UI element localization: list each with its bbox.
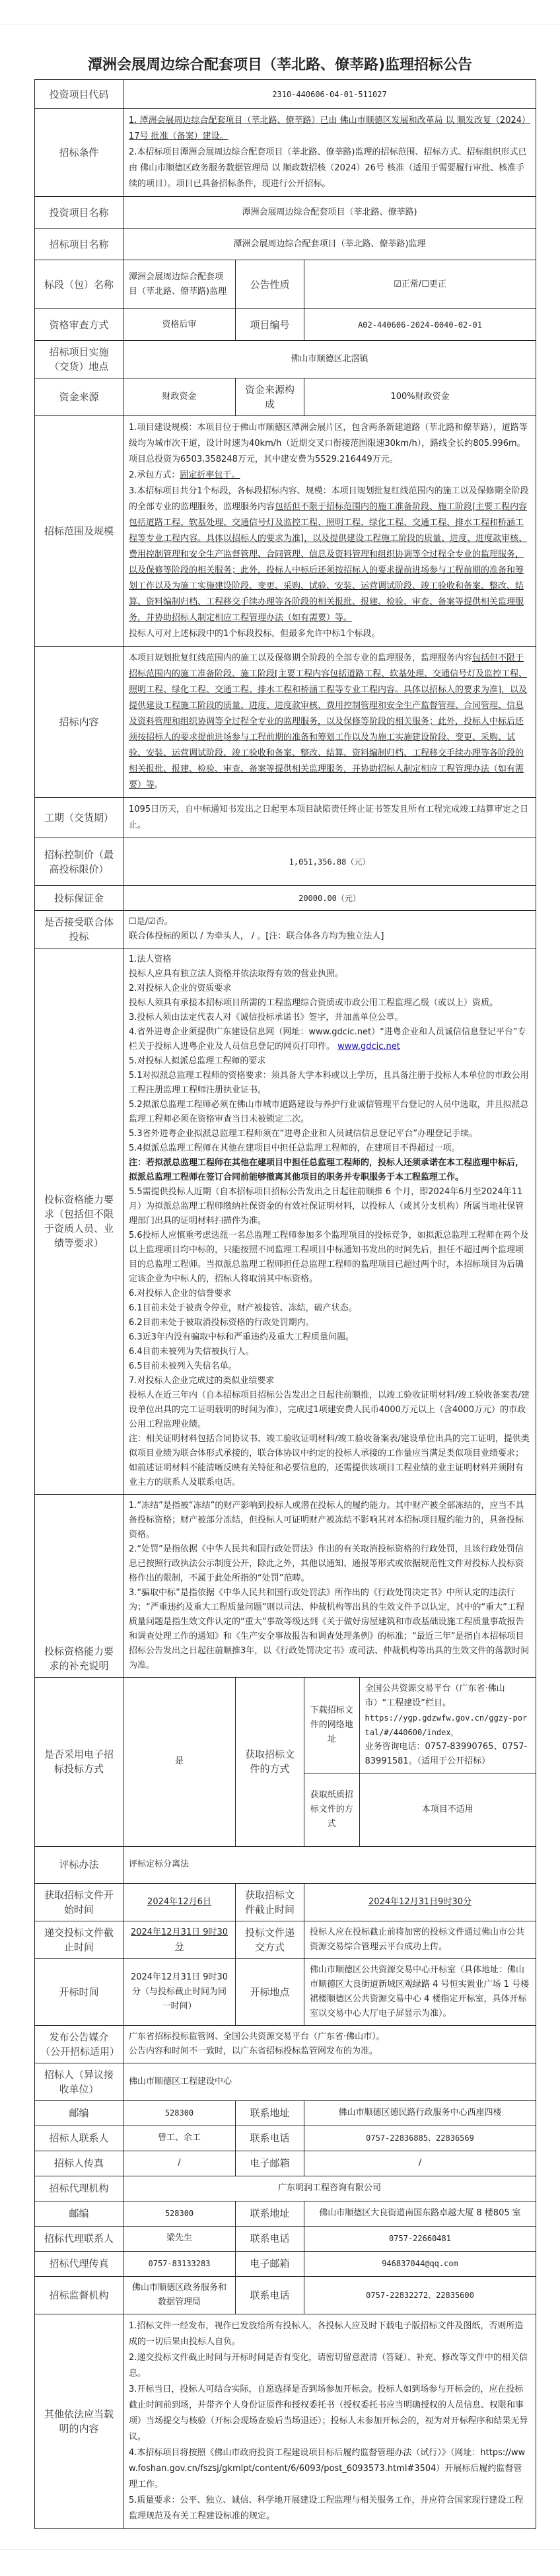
opening-place-value: 佛山市顺德区公共资源交易中心开标室（具体地址：佛山市顺德区大良街道新城区观绿路 …: [304, 1958, 536, 2025]
tenderer-address: 佛山市顺德区德民路行政服务中心西座四楼: [304, 2100, 536, 2126]
scope-p2: 2.承包方式：固定折率包干。: [129, 468, 530, 483]
conditions-p1: 1. 潭洲会展周边综合配套项目（莘北路、僚莘路）已由 佛山市顺德区发展和改革局 …: [129, 113, 530, 145]
scope-p2-value: 固定折率包干。: [180, 470, 240, 480]
label: 是否接受联合体投标: [35, 911, 123, 948]
label: 招标项目名称: [35, 229, 123, 260]
row-supplement: 投标资格能力要求的补充说明 1.“冻结”是指被“冻结”的财产影响到投标人或潜在投…: [35, 1495, 536, 1678]
period-value: 1095日历天，自中标通知书发出之日起至本项目缺陷责任终止证书签发且所有工程完成…: [123, 798, 536, 838]
label: 公告性质: [236, 260, 304, 309]
req-line: 投标人在近三年内（自本招标项目招标公告发出之日起往前顺推，以竣工验收证明材料/竣…: [129, 1388, 530, 1432]
row-agency: 招标代理机构 广东明润工程咨询有限公司: [35, 2176, 536, 2201]
conditions-p2: 2.本招标项目潭洲会展周边综合配套项目（莘北路、僚莘路)监理的招标范围、招标方式…: [129, 145, 530, 192]
section-value: 潭洲会展周边综合配套项目（莘北路、僚莘路)监理: [123, 260, 236, 309]
requirements-value: 1.法人资格 投标人应具有独立法人资格并依法取得有效的营业执照。 2.对投标人企…: [123, 948, 536, 1495]
row-evaluation: 评标办法 评标定标分离法: [35, 1846, 536, 1883]
req-note: 注：若拟派总监理工程师在其他在建项目中担任总监理工程师的，投标人还须承诺在本工程…: [129, 1156, 530, 1185]
doc-start-value: 2024年12月6日: [123, 1883, 236, 1921]
row-content: 招标内容 本项目规划批复红线范围内的施工以及保修期全阶段的全部专业的监理服务，监…: [35, 647, 536, 798]
tenderer-phone: 0757-22836885、22836569: [304, 2126, 536, 2151]
label: 联系地址: [236, 2201, 304, 2226]
row-funds: 资金来源 财政资金 资金来源构成 100%财政资金: [35, 378, 536, 416]
row-consortium: 是否接受联合体投标 ☐是/☑否。 联合体投标的须以 / 为牵头人， / 。[注：…: [35, 911, 536, 948]
supp-line: 2.“处罚”是指依据《中华人民共和国行政处罚法》作出的有关取消投标资格的行政处罚…: [129, 1542, 530, 1586]
doc-end-value: 2024年12月31日9时30分: [304, 1883, 536, 1921]
label: 电子邮箱: [236, 2151, 304, 2176]
invest-code-value: 2310-440606-04-01-511027: [123, 80, 536, 109]
scope-p2-prefix: 2.承包方式：: [129, 470, 180, 480]
agency-email: 946837044@qq.com: [304, 2251, 536, 2276]
row-opening: 开标时间 2024年12月31日 9时30分（与投标截止时间为同一时间） 开标地…: [35, 1958, 536, 2025]
row-tenderer-contact: 招标人联系人 曾工、余工 联系电话 0757-22836885、22836569: [35, 2126, 536, 2151]
agency-contact: 梁先生: [123, 2226, 236, 2251]
agency-postcode: 528300: [123, 2201, 236, 2226]
content-value: 本项目规划批复红线范围内的施工以及保修期全阶段的全部专业的监理服务，监理服务内容…: [123, 647, 536, 798]
row-qualification: 资格审查方式 资格后审 项目编号 A02-440606-2024-0040-02…: [35, 309, 536, 341]
req-line-gdcic: 4.省外进粤企业须提供广东建设信息网（网址：www.gdcic.net）“进粤企…: [129, 1025, 530, 1054]
opening-time-value: 2024年12月31日 9时30分（与投标截止时间为同一时间）: [123, 1958, 236, 2025]
label: 投标资格能力要求（包括但不限于资质人员、业绩等要求）: [35, 948, 123, 1495]
paper-value: 本项目不适用: [359, 1773, 536, 1846]
supp-line: 1.“冻结”是指被“冻结”的财产影响到投标人或潜在投标人的履约能力。其中财产被全…: [129, 1499, 530, 1542]
label: 是否采用电子招标投标方式: [35, 1678, 123, 1847]
location-value: 佛山市顺德区北滘镇: [123, 341, 536, 378]
label: 开标地点: [236, 1958, 304, 2025]
row-tenderer-post: 邮编 528300 联系地址 佛山市顺德区德民路行政服务中心西座四楼: [35, 2100, 536, 2126]
req-line: 6.2目前未处于被取消投标资格的行政处罚期内。: [129, 1316, 530, 1330]
req-line: 5.对投标人拟派总监理工程师的要求: [129, 1054, 530, 1069]
tenderer-contact: 曾工、余工: [123, 2126, 236, 2151]
label: 联系电话: [236, 2276, 304, 2314]
req-line: 5.4拟派总监理工程师在其他在建项目中担任总监理工程师的，在建项目不得超过一项。: [129, 1141, 530, 1156]
tenderer-value: 佛山市顺德区工程建设中心: [123, 2063, 536, 2100]
row-supervisor: 招标监督机构 佛山市顺德区政务服务和数据管理局 联系电话 0757-228322…: [35, 2276, 536, 2314]
row-agency-contact: 招标代理联系人 梁先生 联系电话 0757-22660481: [35, 2226, 536, 2251]
evaluation-value: 评标定标分离法: [123, 1846, 536, 1883]
doc-methods: 下载招标文件的网络地址 全国公共资源交易平台（广东省·佛山市）“工程建设”栏目。…: [304, 1678, 536, 1847]
label: 联系地址: [236, 2100, 304, 2126]
other-line: 3.开标当日，投标人可结合实际，自愿选择是否到场参加开标会。投标人如到场参与开标…: [129, 2382, 530, 2445]
req-line: 6.1目前未处于被责令停业，财产被接管、冻结，破产状态。: [129, 1301, 530, 1316]
label: 投资项目代码: [35, 80, 123, 109]
row-tender-name: 招标项目名称 潭洲会展周边综合配套项目（莘北路、僚莘路)监理: [35, 229, 536, 260]
label: 标段（包）名称: [35, 260, 123, 309]
row-control-price: 招标控制价（最高投标限价） 1,051,356.88（元）: [35, 838, 536, 886]
supervisor-phone: 0757-22832272、22835600: [304, 2276, 536, 2314]
label: 其他依法应当载明的内容: [35, 2314, 123, 2528]
label: 资金来源: [35, 378, 123, 416]
submit-deadline-value: 2024年12月31日 9时30分: [123, 1921, 236, 1958]
label: 联系电话: [236, 2126, 304, 2151]
submit-method-value: 投标人应在投标截止前将加密的投标文件通过佛山市公共资源交易综合管理云平台成功上传…: [304, 1921, 536, 1958]
media-line: 广东省招标投标监管网、全国公共资源交易平台（广东省·佛山市）。: [129, 2030, 530, 2044]
label: 招标代理传真: [35, 2251, 123, 2276]
download-label: 下载招标文件的网络地址: [304, 1678, 359, 1773]
content-suffix: 。: [155, 780, 163, 790]
req-line-text: 4.省外进粤企业须提供广东建设信息网（网址：www.gdcic.net）“进粤企…: [129, 1027, 526, 1052]
row-agency-post: 邮编 528300 联系地址 佛山市顺德区大良街道南国东路卓越大厦 8 楼805…: [35, 2201, 536, 2226]
invest-name-value: 潭洲会展周边综合配套项目（莘北路、僚莘路): [123, 197, 536, 229]
req-line: 6.4目前未被列为失信被执行人。: [129, 1345, 530, 1359]
label: 投标保证金: [35, 886, 123, 911]
period-text: 1095日历天，自中标通知书发出之日起至本项目缺陷责任终止证书签发且所有工程完成…: [129, 802, 530, 834]
electronic-value: 是: [123, 1678, 236, 1847]
row-requirements: 投标资格能力要求（包括但不限于资质人员、业绩等要求） 1.法人资格 投标人应具有…: [35, 948, 536, 1495]
req-line: 6.3近3年内没有骗取中标和严重违约及重大工程质量问题。: [129, 1330, 530, 1345]
other-line: 2.递交投标文件截止时间与开标时间是否有变化，请密切留意澄清（答疑）、补充、修改…: [129, 2350, 530, 2382]
label: 招标内容: [35, 647, 123, 798]
row-scope: 招标范围及规模 1.项目建设规模：本项目位于佛山市顺德区潭洲会展片区，包含两条新…: [35, 416, 536, 647]
row-deposit: 投标保证金 20000.00（元）: [35, 886, 536, 911]
req-line: 投标人须具有承接本招标项目所需的工程监理综合资质或市政公用工程监理乙级（或以上）…: [129, 996, 530, 1011]
content-prefix: 本项目规划批复红线范围内的施工以及保修期全阶段的全部专业的监理服务，监理服务内容: [129, 653, 472, 663]
scope-p3: 3.本招标项目共分1个标段，各标段招标内容、规模：本项目规划批复红线范围内的施工…: [129, 483, 530, 626]
scope-value: 1.项目建设规模：本项目位于佛山市顺德区潭洲会展片区，包含两条新建道路（莘北路和…: [123, 416, 536, 647]
download-url[interactable]: https://ygp.gdzwfw.gov.cn/ggzy-portal/#/…: [365, 1711, 531, 1740]
page-title: 潭洲会展周边综合配套项目（莘北路、僚莘路)监理招标公告: [0, 54, 560, 74]
req-line: 1.法人资格: [129, 952, 530, 967]
tender-name-value: 潭洲会展周边综合配套项目（莘北路、僚莘路)监理: [123, 229, 536, 260]
media-value: 广东省招标投标监管网、全国公共资源交易平台（广东省·佛山市）。 公告内容和时间不…: [123, 2025, 536, 2063]
row-electronic: 是否采用电子招标投标方式 是 获取招标文件的方式 下载招标文件的网络地址 全国公…: [35, 1678, 536, 1847]
other-value: 1.招标文件一经发布，视作已发放给所有投标人，各投标人应及时下载电子版招标文件及…: [123, 2314, 536, 2528]
download-value: 全国公共资源交易平台（广东省·佛山市）“工程建设”栏目。 https://ygp…: [359, 1678, 536, 1773]
label: 招标监督机构: [35, 2276, 123, 2314]
req-line: 6.对投标人企业的信誉要求: [129, 1287, 530, 1301]
notice-table: 投资项目代码 2310-440606-04-01-511027 招标条件 1. …: [34, 79, 536, 2529]
label: 工期（交货期）: [35, 798, 123, 838]
top-bar: [0, 0, 560, 24]
supplement-value: 1.“冻结”是指被“冻结”的财产影响到投标人或潜在投标人的履约能力。其中财产被全…: [123, 1495, 536, 1678]
scope-p1: 1.项目建设规模：本项目位于佛山市顺德区潭洲会展片区，包含两条新建道路（莘北路和…: [129, 420, 530, 468]
supp-line: 3.“骗取中标”是指依据《中华人民共和国行政处罚法》所作出的《行政处罚决定书》中…: [129, 1586, 530, 1673]
control-price-value: 1,051,356.88（元）: [123, 838, 536, 886]
row-tenderer-fax: 招标人传真 / 电子邮箱 /: [35, 2151, 536, 2176]
row-conditions: 招标条件 1. 潭洲会展周边综合配套项目（莘北路、僚莘路）已由 佛山市顺德区发展…: [35, 109, 536, 197]
funds-composition-value: 100%财政资金: [304, 378, 536, 416]
label: 开标时间: [35, 1958, 123, 2025]
deposit-value: 20000.00（元）: [123, 886, 536, 911]
agency-phone: 0757-22660481: [304, 2226, 536, 2251]
label: 评标办法: [35, 1846, 123, 1883]
row-media: 发布公告媒介（公开招标适用） 广东省招标投标监管网、全国公共资源交易平台（广东省…: [35, 2025, 536, 2063]
req-line: 投标人应具有独立法人资格并依法取得有效的营业执照。: [129, 967, 530, 982]
label: 招标范围及规模: [35, 416, 123, 647]
other-line: 4.本招标项目将按照《佛山市政府投资工程建设项目标后履约监督管理办法（试行）》（…: [129, 2445, 530, 2493]
label: 资格审查方式: [35, 309, 123, 341]
req-line: 6.5目前未被列入失信名单。: [129, 1359, 530, 1374]
label: 获取招标文件截止时间: [236, 1883, 304, 1921]
other-line: 1.招标文件一经发布，视作已发放给所有投标人，各投标人应及时下载电子版招标文件及…: [129, 2318, 530, 2350]
label: 投标文件递交方式: [236, 1921, 304, 1958]
label: 递交投标文件截止时间: [35, 1921, 123, 1958]
consortium-lead: 联合体投标的须以 / 为牵头人， / 。[注：联合体各方均为独立法人]: [129, 929, 530, 944]
row-period: 工期（交货期） 1095日历天，自中标通知书发出之日起至本项目缺陷责任终止证书签…: [35, 798, 536, 838]
label: 招标人传真: [35, 2151, 123, 2176]
agency-address: 佛山市顺德区大良街道南国东路卓越大厦 8 楼805 室: [304, 2201, 536, 2226]
row-agency-fax: 招标代理传真 0757-83133283 电子邮箱 946837044@qq.c…: [35, 2251, 536, 2276]
notice-nature-checkbox: ☑正常/☐更正: [304, 260, 536, 309]
tenderer-postcode: 528300: [123, 2100, 236, 2126]
req-line: 注：相关证明材料包括合同协议书、竣工验收证明材料/竣工验收备案表/建设单位出具的…: [129, 1432, 530, 1490]
label: 招标代理机构: [35, 2176, 123, 2201]
row-tenderer: 招标人（异议接收单位） 佛山市顺德区工程建设中心: [35, 2063, 536, 2100]
bottom-divider: [0, 2549, 560, 2576]
label: 招标条件: [35, 109, 123, 197]
row-section: 标段（包）名称 潭洲会展周边综合配套项目（莘北路、僚莘路)监理 公告性质 ☑正常…: [35, 260, 536, 309]
consortium-checkbox: ☐是/☑否。: [129, 915, 530, 929]
label: 联系电话: [236, 2226, 304, 2251]
supervisor-value: 佛山市顺德区政务服务和数据管理局: [123, 2276, 236, 2314]
label: 投标资格能力要求的补充说明: [35, 1495, 123, 1678]
funds-value: 财政资金: [123, 378, 236, 416]
req-line: 5.3省外进粤企业拟派总监理工程师须在“进粤企业和人员诚信信息登记平台”办理登记…: [129, 1127, 530, 1141]
label: 招标控制价（最高投标限价）: [35, 838, 123, 886]
req-line: 2.对投标人企业的资质要求: [129, 982, 530, 996]
req-line: 7.对投标人企业完成过的类似业绩要求: [129, 1374, 530, 1388]
req-line: 5.2拟派总监理工程师必须在佛山市城市道路建设与养护行业诚信管理平台登记的人员中…: [129, 1098, 530, 1127]
agency-value: 广东明润工程咨询有限公司: [123, 2176, 536, 2201]
tenderer-email: /: [304, 2151, 536, 2176]
other-line: 5.质量要求：公平、独立、诚信、科学地开展建设工程监理与相关服务工作，并应符合国…: [129, 2493, 530, 2524]
label: 邮编: [35, 2100, 123, 2126]
qualification-value: 资格后审: [123, 309, 236, 341]
label: 邮编: [35, 2201, 123, 2226]
label: 电子邮箱: [236, 2251, 304, 2276]
label: 资金来源构成: [236, 378, 304, 416]
row-invest-name: 投资项目名称 潭洲会展周边综合配套项目（莘北路、僚莘路): [35, 197, 536, 229]
req-line: 5.1对拟派总监理工程师的资格要求：须具备大学本科或以上学历，且具备注册于投标人…: [129, 1069, 530, 1098]
label: 获取招标文件的方式: [236, 1678, 304, 1847]
label: 投资项目名称: [35, 197, 123, 229]
label: 发布公告媒介（公开招标适用）: [35, 2025, 123, 2063]
media-line: 公告内容和时间不一致时，以广东省招标投标监管网发布的为准。: [129, 2044, 530, 2059]
project-code-value: A02-440606-2024-0040-02-01: [304, 309, 536, 341]
label: 招标代理联系人: [35, 2226, 123, 2251]
tenderer-fax: /: [123, 2151, 236, 2176]
paper-label: 获取纸质招标文件的方式: [304, 1773, 359, 1846]
row-location: 招标项目实施（交货）地点 佛山市顺德区北滘镇: [35, 341, 536, 378]
label: 项目编号: [236, 309, 304, 341]
req-line: 5.5需提供投标人近期（自本招标项目招标公告发出之日起往前顺推 6 个月，即20…: [129, 1185, 530, 1229]
label: 招标人联系人: [35, 2126, 123, 2151]
gdcic-link[interactable]: www.gdcic.net: [337, 1042, 400, 1052]
row-invest-code: 投资项目代码 2310-440606-04-01-511027: [35, 80, 536, 109]
conditions-value: 1. 潭洲会展周边综合配套项目（莘北路、僚莘路）已由 佛山市顺德区发展和改革局 …: [123, 109, 536, 197]
content-underlined: 包括但不限于招标范围内的施工准备阶段、施工阶段[主要工程内容包括道路工程、软基处…: [129, 653, 527, 790]
req-line: 3.投标人须由法定代表人对《诚信投标承诺书》签字，并加盖单位公章。: [129, 1011, 530, 1025]
req-line: 5.6投标人应慎重考虑选派一名总监理工程师参加多个监理项目的投标竞争，如拟派总监…: [129, 1229, 530, 1287]
scope-p4: 投标人可对上述标段中的1个标段投标，但最多允许中标1个标段。: [129, 626, 530, 642]
scope-p3-underlined: 包括但不限于招标范围内的施工准备阶段、施工阶段[主要工程内容包括道路工程、软基处…: [129, 502, 527, 623]
label: 招标人（异议接收单位）: [35, 2063, 123, 2100]
row-doc-time: 获取招标文件开始时间 2024年12月6日 获取招标文件截止时间 2024年12…: [35, 1883, 536, 1921]
label: 招标项目实施（交货）地点: [35, 341, 123, 378]
agency-fax: 0757-83133283: [123, 2251, 236, 2276]
label: 获取招标文件开始时间: [35, 1883, 123, 1921]
download-phone: 业务咨询电话：0757-83990765、0757-83991581。（适用于公…: [365, 1740, 531, 1769]
row-submit: 递交投标文件截止时间 2024年12月31日 9时30分 投标文件递交方式 投标…: [35, 1921, 536, 1958]
consortium-value: ☐是/☑否。 联合体投标的须以 / 为牵头人， / 。[注：联合体各方均为独立法…: [123, 911, 536, 948]
download-platform: 全国公共资源交易平台（广东省·佛山市）“工程建设”栏目。: [365, 1682, 531, 1711]
row-other: 其他依法应当载明的内容 1.招标文件一经发布，视作已发放给所有投标人，各投标人应…: [35, 2314, 536, 2528]
